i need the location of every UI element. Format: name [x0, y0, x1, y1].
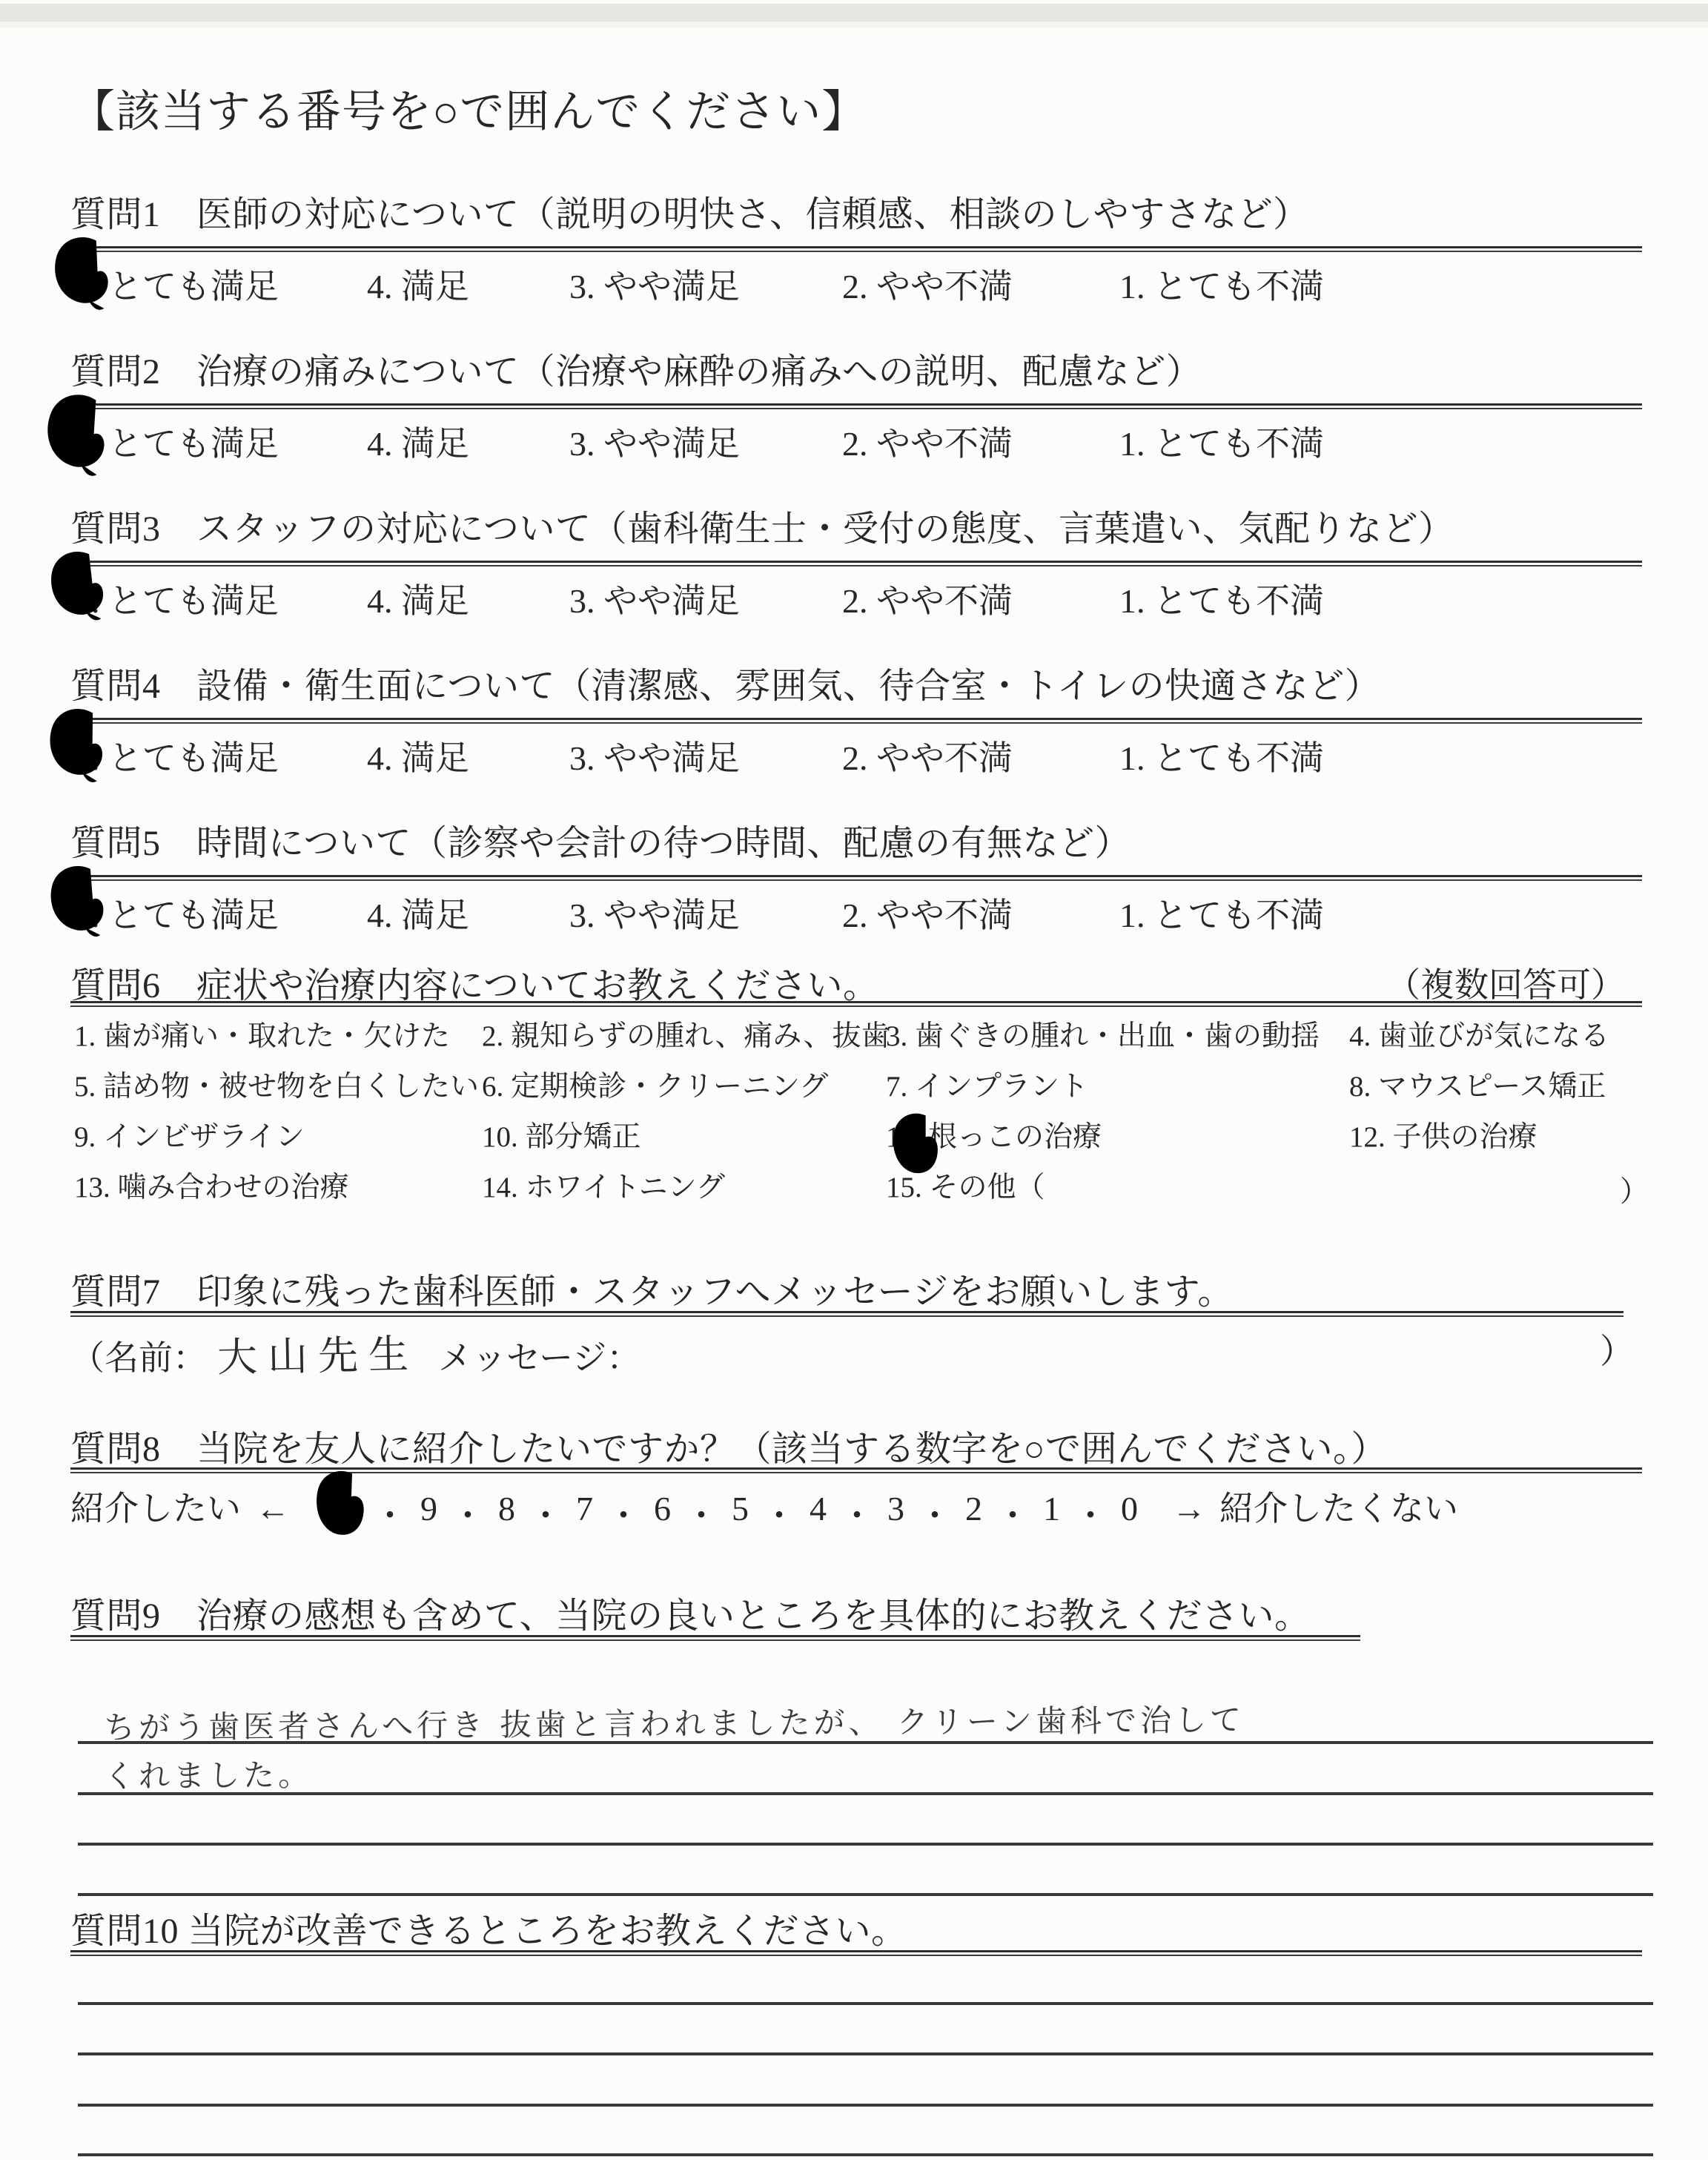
- answer-line: [78, 1843, 1653, 1846]
- question-1-header: 質問1 医師の対応について（説明の明快さ、信頼感、相談のしやすさなど）: [70, 185, 1309, 237]
- handwritten-doctor-name: 大山先生: [216, 1323, 419, 1384]
- scan-edge-artifact-fade: [0, 22, 1708, 27]
- symptom-item: 12. 子供の治療: [1349, 1120, 1638, 1155]
- scale-number: 6: [654, 1489, 671, 1538]
- option-label: 1. とても不満: [1119, 731, 1324, 780]
- question-1-underline: [70, 246, 1642, 252]
- scale-number: 5: [732, 1489, 749, 1538]
- scale-number: ・: [918, 1489, 952, 1538]
- scale-numbers: 10・9・8・7・6・5・4・3・2・1・0: [325, 1489, 1138, 1538]
- scale-number: ・: [451, 1489, 485, 1538]
- answer-line: [78, 2002, 1653, 2005]
- question-6-note: （複数回答可）: [1386, 958, 1625, 1007]
- scale-number: ・: [996, 1489, 1030, 1538]
- question-8-underline: [70, 1467, 1642, 1473]
- answer-line: [78, 1792, 1653, 1795]
- question-7-header: 質問7 印象に残った歯科医師・スタッフへメッセージをお願いします。: [70, 1263, 1234, 1314]
- option-label: 3. やや満足: [569, 888, 842, 937]
- option-label: 1. とても不満: [1119, 888, 1324, 937]
- symptom-item: 11. 根っこの治療: [886, 1120, 1349, 1155]
- scan-edge-artifact: [0, 4, 1708, 22]
- answer-line: [78, 1893, 1653, 1896]
- option-label: 5. とても満足: [74, 731, 367, 780]
- answer-line: [78, 1741, 1653, 1744]
- option-label: 2. やや不満: [842, 888, 1119, 937]
- question-6-items: 1. 歯が痛い・取れた・欠けた2. 親知らずの腫れ、痛み、抜歯3. 歯ぐきの腫れ…: [74, 1019, 1638, 1205]
- option-label: 2. やや不満: [842, 260, 1119, 308]
- handwritten-comment-line-1: ちがう歯医者さんへ行き 抜歯と言われましたが、 クリーン歯科で治して: [104, 1696, 1245, 1748]
- option-label: 4. 満足: [367, 731, 569, 780]
- question-10-header: 質問10 当院が改善できるところをお教えください。: [70, 1902, 907, 1953]
- option-label: 2. やや不満: [842, 731, 1119, 780]
- question-5-underline: [70, 875, 1642, 881]
- scale-number: ・: [840, 1489, 874, 1538]
- question-3-options: 5. とても満足4. 満足3. やや満足2. やや不満1. とても不満: [74, 574, 1324, 623]
- option-label: 3. やや満足: [569, 417, 842, 466]
- question-10-underline: [70, 1950, 1642, 1956]
- scale-number: ・: [529, 1489, 563, 1538]
- symptom-item: 15. その他（: [886, 1170, 1349, 1205]
- symptom-item: 13. 噛み合わせの治療: [74, 1170, 482, 1205]
- question-7-answer-row: （名前： 大山先生 メッセージ：: [70, 1324, 640, 1381]
- symptom-item: 5. 詰め物・被せ物を白くしたい: [74, 1069, 482, 1104]
- question-5-header: 質問5 時間について（診察や会計の待つ時間、配慮の有無など）: [70, 814, 1131, 865]
- question-3-underline: [70, 561, 1642, 567]
- symptom-item: 7. インプラント: [886, 1069, 1349, 1104]
- option-label: 3. やや満足: [569, 260, 842, 308]
- scale-number: 10: [325, 1489, 360, 1538]
- scale-number: ・: [762, 1489, 796, 1538]
- symptom-item: 6. 定期検診・クリーニング: [482, 1069, 886, 1104]
- option-label: 5. とても満足: [74, 417, 367, 466]
- question-2-options: 5. とても満足4. 満足3. やや満足2. やや不満1. とても不満: [74, 417, 1324, 466]
- option-label: 3. やや満足: [569, 731, 842, 780]
- option-label: 1. とても不満: [1119, 574, 1324, 623]
- option-label: 4. 満足: [367, 417, 569, 466]
- scale-number: 9: [420, 1489, 437, 1538]
- scale-number: 8: [498, 1489, 515, 1538]
- question-4-underline: [70, 718, 1642, 724]
- question-5-options: 5. とても満足4. 満足3. やや満足2. やや不満1. とても不満: [74, 888, 1324, 937]
- question-4-options: 5. とても満足4. 満足3. やや満足2. やや不満1. とても不満: [74, 731, 1324, 780]
- symptom-item: 1. 歯が痛い・取れた・欠けた: [74, 1019, 482, 1054]
- scale-number: 7: [576, 1489, 593, 1538]
- recommendation-scale: 紹介したい ← 10・9・8・7・6・5・4・3・2・1・0 → 紹介したくない: [70, 1482, 1458, 1538]
- question-2-underline: [70, 403, 1642, 409]
- scale-number: ・: [1073, 1489, 1108, 1538]
- option-label: 5. とても満足: [74, 888, 367, 937]
- left-arrow: ←: [256, 1489, 290, 1528]
- scale-left-label: 紹介したい: [70, 1482, 241, 1530]
- answer-line: [78, 2153, 1653, 2156]
- option-label: 1. とても不満: [1119, 260, 1324, 308]
- name-prefix-label: （名前：: [70, 1331, 207, 1380]
- scale-number: ・: [606, 1489, 640, 1538]
- symptom-item: 8. マウスピース矯正: [1349, 1069, 1638, 1104]
- message-prefix-label: メッセージ：: [438, 1331, 640, 1380]
- symptom-item: 10. 部分矯正: [482, 1120, 886, 1155]
- right-arrow: →: [1172, 1489, 1206, 1528]
- symptom-item: 4. 歯並びが気になる: [1349, 1019, 1638, 1054]
- other-close-paren: ）: [1620, 1169, 1649, 1210]
- option-label: 4. 満足: [367, 888, 569, 937]
- handwritten-comment-line-2: くれました。: [104, 1751, 313, 1797]
- option-label: 2. やや不満: [842, 417, 1119, 466]
- question-7-underline: [70, 1311, 1623, 1317]
- scale-number: ・: [684, 1489, 718, 1538]
- question-3-header: 質問3 スタッフの対応について（歯科衛生士・受付の態度、言葉遣い、気配りなど）: [70, 500, 1454, 551]
- question-8-header: 質問8 当院を友人に紹介したいですか？（該当する数字を○で囲んでください。）: [70, 1420, 1387, 1471]
- answer-line: [78, 2052, 1653, 2055]
- option-label: 3. やや満足: [569, 574, 842, 623]
- scale-number: 3: [887, 1489, 904, 1538]
- option-label: 5. とても満足: [74, 260, 367, 308]
- option-label: 4. 満足: [367, 574, 569, 623]
- scale-number: 0: [1121, 1489, 1138, 1538]
- scale-number: ・: [373, 1489, 407, 1538]
- scale-number: 2: [965, 1489, 982, 1538]
- question-9-header: 質問9 治療の感想も含めて、当院の良いところを具体的にお教えください。: [70, 1587, 1311, 1638]
- option-label: 5. とても満足: [74, 574, 367, 623]
- question-9-underline: [70, 1635, 1360, 1641]
- question-2-header: 質問2 治療の痛みについて（治療や麻酔の痛みへの説明、配慮など）: [70, 343, 1202, 394]
- scanned-survey-form: 【該当する番号を○で囲んでください】 質問1 医師の対応について（説明の明快さ、…: [0, 0, 1708, 2160]
- scale-number: 1: [1043, 1489, 1060, 1538]
- form-title: 【該当する番号を○で囲んでください】: [70, 76, 867, 140]
- question-4-header: 質問4 設備・衛生面について（清潔感、雰囲気、待合室・トイレの快適さなど）: [70, 657, 1380, 708]
- option-label: 1. とても不満: [1119, 417, 1324, 466]
- scale-number: 4: [810, 1489, 827, 1538]
- scale-right-label: 紹介したくない: [1219, 1482, 1458, 1530]
- question-6-header: 質問6 症状や治療内容についてお教えください。: [70, 957, 879, 1008]
- question-7-close-paren: ）: [1600, 1324, 1634, 1373]
- answer-line: [78, 2104, 1653, 2107]
- symptom-item: 14. ホワイトニング: [482, 1170, 886, 1205]
- option-label: 2. やや不満: [842, 574, 1119, 623]
- symptom-item: 3. 歯ぐきの腫れ・出血・歯の動揺: [886, 1019, 1349, 1054]
- question-6-underline: [70, 1001, 1642, 1007]
- option-label: 4. 満足: [367, 260, 569, 308]
- symptom-item: 9. インビザライン: [74, 1120, 482, 1155]
- question-1-options: 5. とても満足4. 満足3. やや満足2. やや不満1. とても不満: [74, 260, 1324, 308]
- symptom-item: 2. 親知らずの腫れ、痛み、抜歯: [482, 1019, 886, 1054]
